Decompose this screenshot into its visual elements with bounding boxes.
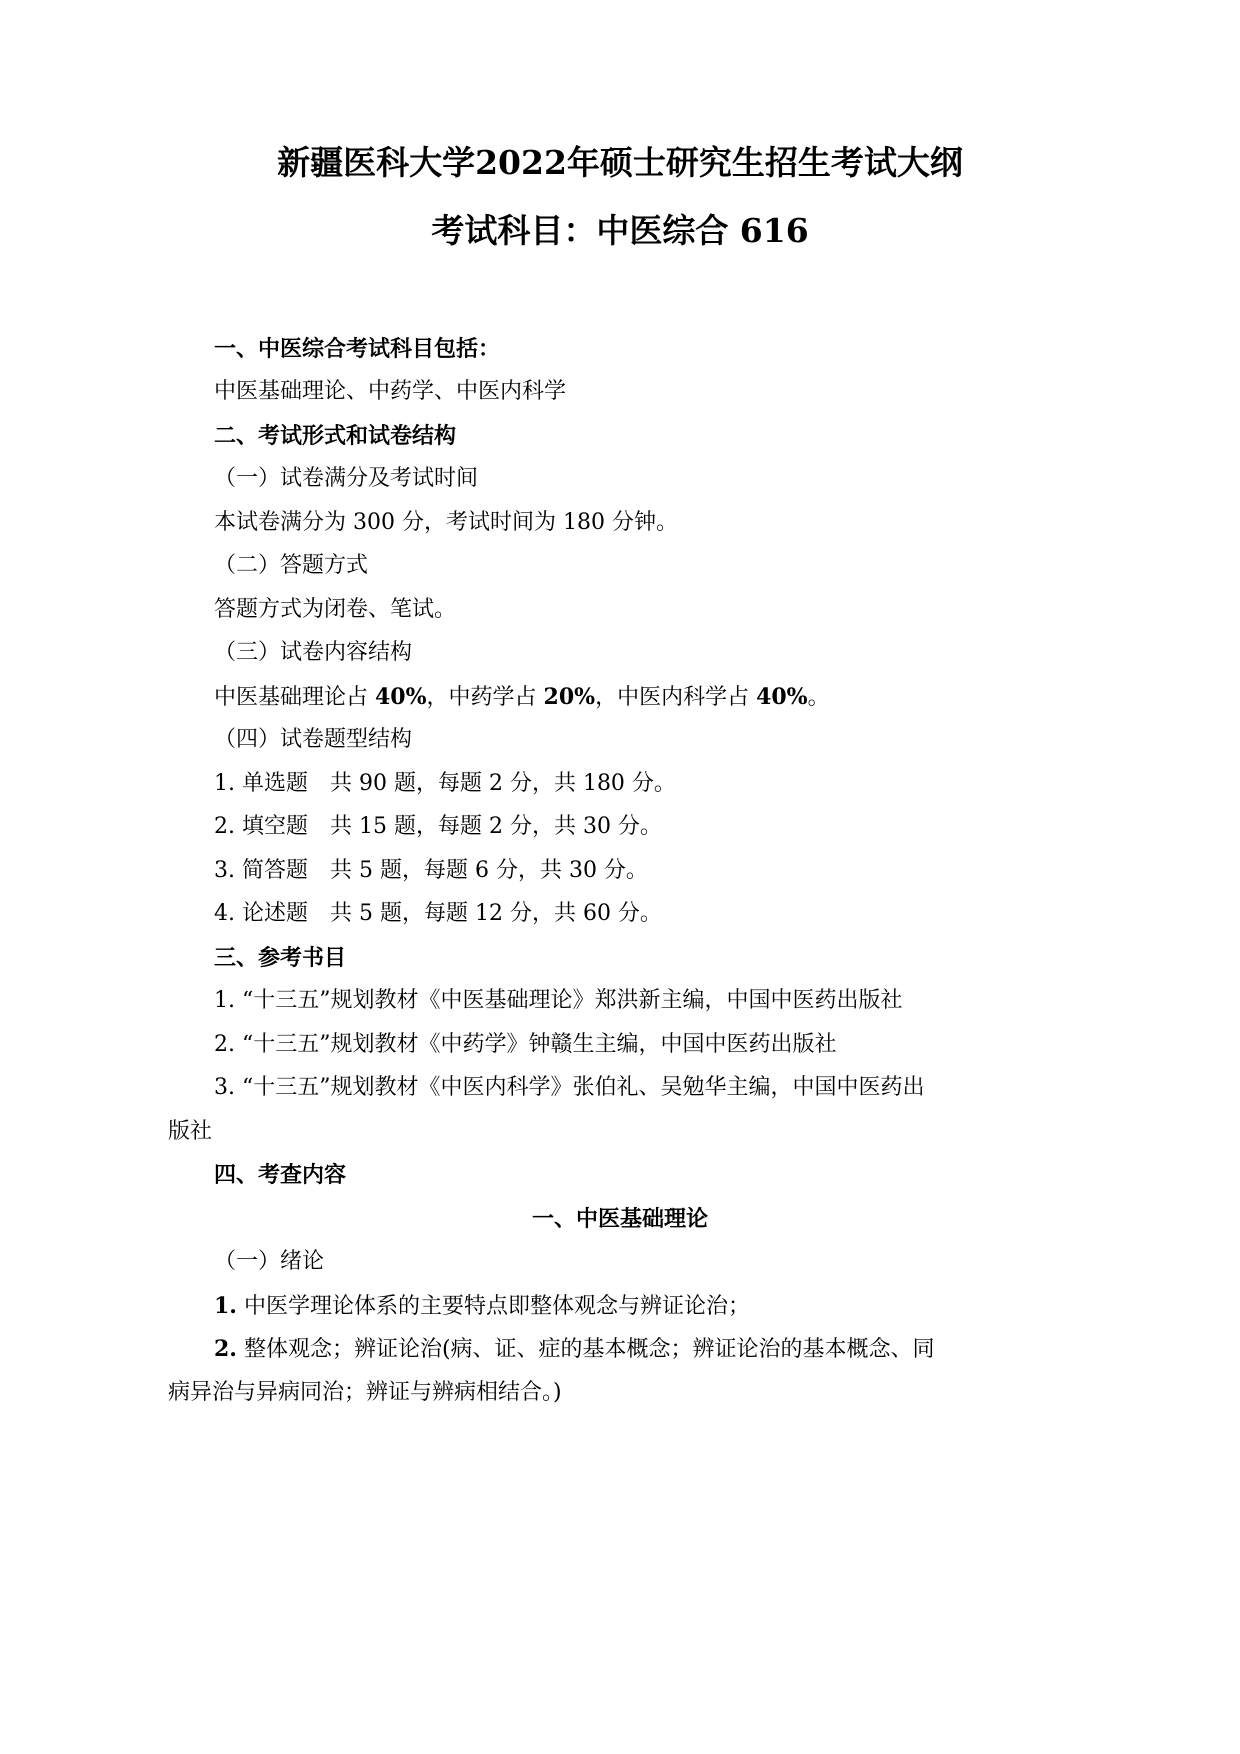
content-item-2: 2. 整体观念；辨证论治(病、证、症的基本概念；辨证论治的基本概念、同 <box>214 1334 935 1365</box>
reference-book-2: 2. “十三五”规划教材《中药学》钟赣生主编，中国中医药出版社 <box>214 1030 836 1060</box>
part-title-basic-theory: 一、中医基础理论 <box>0 1204 1240 1234</box>
section-2-sub2-heading: （二）答题方式 <box>214 551 368 581</box>
question-type-4: 4. 论述题 共 5 题，每题 12 分，共 60 分。 <box>214 899 662 929</box>
section-2-sub1-heading: （一）试卷满分及考试时间 <box>214 464 478 494</box>
item-number: 2. <box>214 1336 237 1362</box>
section-2-sub4-heading: （四）试卷题型结构 <box>214 725 412 755</box>
text-part: 中医基础理论占 <box>214 685 375 710</box>
question-type-1: 1. 单选题 共 90 题，每题 2 分，共 180 分。 <box>214 769 676 799</box>
section-4-heading: 四、考查内容 <box>214 1160 346 1190</box>
section-4-sub1-heading: （一）绪论 <box>214 1247 324 1277</box>
section-2-heading: 二、考试形式和试卷结构 <box>214 421 456 451</box>
section-1-heading: 一、中医综合考试科目包括： <box>214 334 500 364</box>
section-3-heading: 三、参考书目 <box>214 943 346 973</box>
content-item-2-continued: 病异治与异病同治；辨证与辨病相结合。) <box>168 1378 562 1408</box>
item-text: 中医学理论体系的主要特点即整体观念与辨证论治； <box>237 1294 750 1319</box>
text-part: 。 <box>808 685 830 710</box>
question-type-3: 3. 简答题 共 5 题，每题 6 分，共 30 分。 <box>214 856 648 886</box>
reference-book-3: 3. “十三五”规划教材《中医内科学》张伯礼、吴勉华主编，中国中医药出 <box>214 1073 924 1103</box>
section-2-sub3-heading: （三）试卷内容结构 <box>214 638 412 668</box>
section-2-sub3-body: 中医基础理论占 40%，中药学占 20%，中医内科学占 40%。 <box>214 682 830 713</box>
item-text: 整体观念；辨证论治(病、证、症的基本概念；辨证论治的基本概念、同 <box>237 1337 935 1362</box>
reference-book-3-continued: 版社 <box>168 1117 212 1147</box>
content-item-1: 1. 中医学理论体系的主要特点即整体观念与辨证论治； <box>214 1291 750 1322</box>
item-number: 1. <box>214 1293 237 1319</box>
text-part: ，中医内科学占 <box>595 685 756 710</box>
document-title: 新疆医科大学2022年硕士研究生招生考试大纲 <box>0 141 1240 185</box>
reference-book-1: 1. “十三五”规划教材《中医基础理论》郑洪新主编，中国中医药出版社 <box>214 986 902 1016</box>
percent-basic-theory: 40% <box>375 684 427 710</box>
percent-internal-medicine: 40% <box>756 684 808 710</box>
percent-pharmacology: 20% <box>544 684 596 710</box>
text-part: ，中药学占 <box>427 685 544 710</box>
section-1-body: 中医基础理论、中药学、中医内科学 <box>214 377 566 407</box>
section-2-sub1-body: 本试卷满分为 300 分，考试时间为 180 分钟。 <box>214 508 678 538</box>
question-type-2: 2. 填空题 共 15 题，每题 2 分，共 30 分。 <box>214 812 662 842</box>
exam-subject: 考试科目：中医综合 616 <box>0 209 1240 253</box>
section-2-sub2-body: 答题方式为闭卷、笔试。 <box>214 595 456 625</box>
